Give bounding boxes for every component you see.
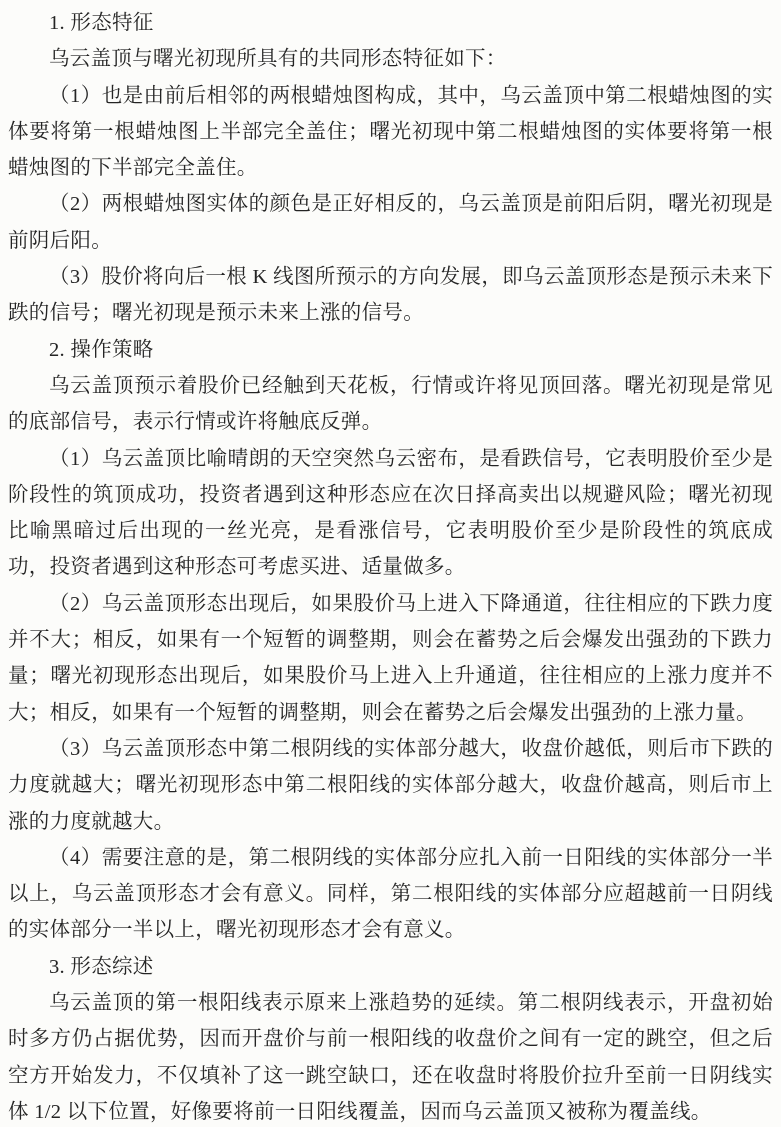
section-heading: 3. 形态综述: [8, 949, 773, 985]
body-paragraph: 乌云盖顶与曙光初现所具有的共同形态特征如下：: [8, 41, 773, 77]
document-page: 1. 形态特征乌云盖顶与曙光初现所具有的共同形态特征如下：（1）也是由前后相邻的…: [0, 0, 781, 1127]
body-paragraph: （2）乌云盖顶形态出现后，如果股价马上进入下降通道，往往相应的下跌力度并不大；相…: [8, 586, 773, 731]
body-paragraph: 乌云盖顶的第一根阳线表示原来上涨趋势的延续。第二根阴线表示，开盘初始时多方仍占据…: [8, 985, 773, 1127]
body-paragraph: （1）也是由前后相邻的两根蜡烛图构成，其中，乌云盖顶中第二根蜡烛图的实体要将第一…: [8, 78, 773, 187]
body-paragraph: （1）乌云盖顶比喻晴朗的天空突然乌云密布，是看跌信号，它表明股价至少是阶段性的筑…: [8, 441, 773, 586]
section-heading: 2. 操作策略: [8, 332, 773, 368]
document-content: 1. 形态特征乌云盖顶与曙光初现所具有的共同形态特征如下：（1）也是由前后相邻的…: [8, 5, 773, 1127]
body-paragraph: （3）乌云盖顶形态中第二根阴线的实体部分越大，收盘价越低，则后市下跌的力度就越大…: [8, 731, 773, 840]
body-paragraph: （3）股价将向后一根 K 线图所预示的方向发展，即乌云盖顶形态是预示未来下跌的信…: [8, 259, 773, 332]
body-paragraph: （2）两根蜡烛图实体的颜色是正好相反的，乌云盖顶是前阳后阴，曙光初现是前阴后阳。: [8, 186, 773, 259]
body-paragraph: （4）需要注意的是，第二根阴线的实体部分应扎入前一日阳线的实体部分一半以上，乌云…: [8, 840, 773, 949]
section-heading: 1. 形态特征: [8, 5, 773, 41]
body-paragraph: 乌云盖顶预示着股价已经触到天花板，行情或许将见顶回落。曙光初现是常见的底部信号，…: [8, 368, 773, 441]
